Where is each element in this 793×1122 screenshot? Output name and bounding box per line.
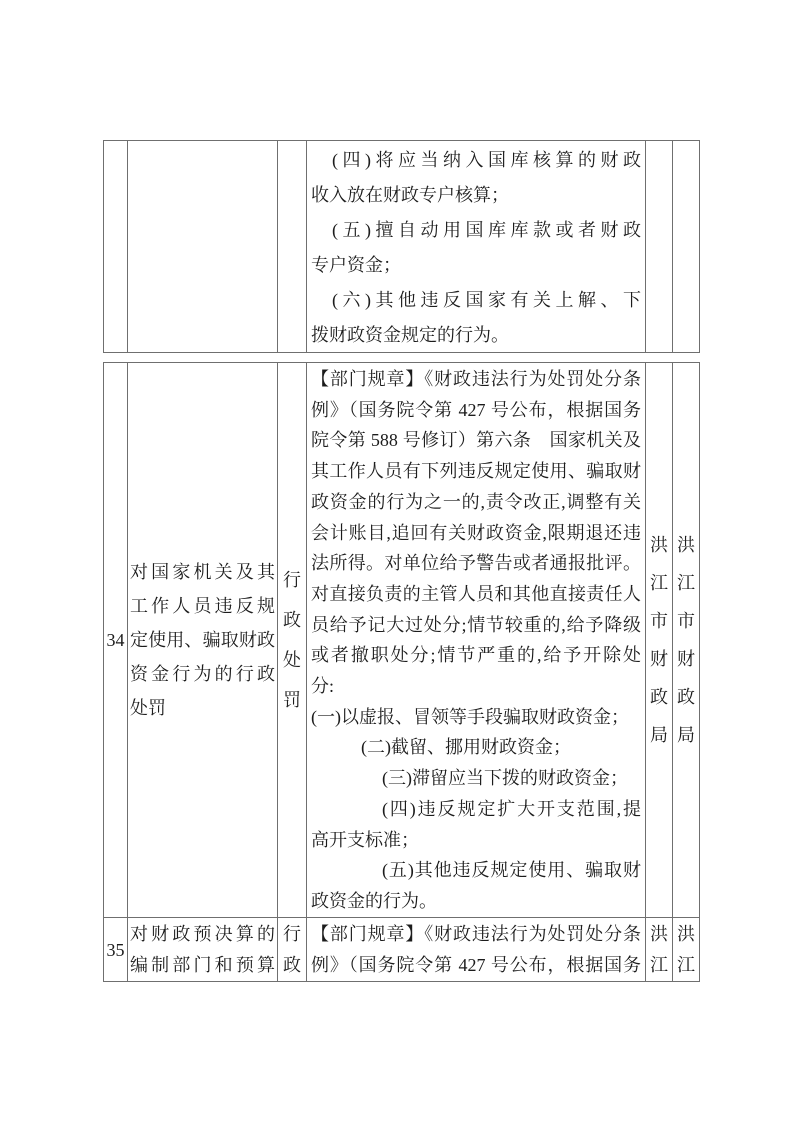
implementing-org-text: 洪江市财政局 bbox=[646, 526, 672, 754]
text-line: 工作人员违反规 bbox=[130, 589, 275, 623]
penalty-type-cell: 行政 bbox=[278, 918, 307, 982]
responsible-org-text: 洪江 bbox=[673, 919, 699, 981]
legal-basis-cell: 【部门规章】《财政违法行为处罚处分条例》（国务院令第 427 号公布，根据国务院… bbox=[307, 363, 646, 917]
implementing-org-cell bbox=[646, 141, 673, 352]
seq-number-cell bbox=[104, 141, 128, 352]
text-line: (一)以虚报、冒领等手段骗取财政资金； bbox=[311, 702, 641, 733]
text-line: 政资金的行为。 bbox=[311, 886, 641, 917]
text-line: (三)滞留应当下拨的财政资金； bbox=[311, 763, 641, 794]
item-name-cell: 对财政预决算的编制部门和预算 bbox=[128, 918, 278, 982]
responsible-org-cell: 洪江市财政局 bbox=[673, 363, 699, 917]
seq-number: 34 bbox=[107, 625, 125, 656]
text-line: 政资金的行为之一的,责令改正,调整有关 bbox=[311, 487, 641, 518]
penalty-type-cell: 行政处罚 bbox=[278, 363, 307, 917]
legal-basis-cell: 【部门规章】《财政违法行为处罚处分条例》（国务院令第 427 号公布，根据国务 bbox=[307, 918, 646, 982]
text-line: 其工作人员有下列违反规定使用、骗取财 bbox=[311, 456, 641, 487]
implementing-org-cell: 洪江市财政局 bbox=[646, 363, 673, 917]
seq-number-cell: 34 bbox=[104, 363, 128, 917]
text-line: (四)违反规定扩大开支范围,提 bbox=[311, 794, 641, 825]
text-line: 资金行为的行政 bbox=[130, 657, 275, 691]
text-line: 法所得。对单位给予警告或者通报批评。 bbox=[311, 548, 641, 579]
item-name-cell bbox=[128, 141, 278, 352]
text-line: 处罚 bbox=[130, 691, 275, 725]
responsible-org-text: 洪江市财政局 bbox=[673, 526, 699, 754]
text-line: (五)擅自动用国库库款或者财政 bbox=[311, 213, 641, 248]
text-line: 【部门规章】《财政违法行为处罚处分条 bbox=[311, 364, 641, 395]
text-line: 收入放在财政专户核算； bbox=[311, 178, 641, 213]
document-page: (四)将应当纳入国库核算的财政收入放在财政专户核算；(五)擅自动用国库库款或者财… bbox=[0, 0, 793, 1122]
text-line: 【部门规章】《财政违法行为处罚处分条 bbox=[311, 919, 641, 950]
table-row-34: 34 对国家机关及其工作人员违反规定使用、骗取财政资金行为的行政处罚 行政处罚 … bbox=[104, 363, 699, 918]
text-line: 员给予记大过处分;情节较重的,给予降级 bbox=[311, 610, 641, 641]
item-name-cell: 对国家机关及其工作人员违反规定使用、骗取财政资金行为的行政处罚 bbox=[128, 363, 278, 917]
text-line: 或者撤职处分;情节严重的,给予开除处 bbox=[311, 640, 641, 671]
penalty-type-cell bbox=[278, 141, 307, 352]
responsible-org-cell bbox=[673, 141, 699, 352]
implementing-org-cell: 洪江 bbox=[646, 918, 673, 982]
text-line: 对直接负责的主管人员和其他直接责任人 bbox=[311, 579, 641, 610]
text-line: (五)其他违反规定使用、骗取财 bbox=[311, 855, 641, 886]
text-line: 会计账目,追回有关财政资金,限期退还违 bbox=[311, 518, 641, 549]
text-line: 拨财政资金规定的行为。 bbox=[311, 318, 641, 352]
implementing-org-text: 洪江 bbox=[646, 919, 672, 981]
text-line: (二)截留、挪用财政资金； bbox=[311, 732, 641, 763]
penalty-type-text: 行政 bbox=[278, 919, 306, 981]
text-line: (六)其他违反国家有关上解、下 bbox=[311, 283, 641, 318]
responsible-org-cell: 洪江 bbox=[673, 918, 699, 982]
table-row-33-continuation: (四)将应当纳入国库核算的财政收入放在财政专户核算；(五)擅自动用国库库款或者财… bbox=[103, 140, 700, 353]
text-line: (四)将应当纳入国库核算的财政 bbox=[311, 143, 641, 178]
seq-number: 35 bbox=[107, 935, 125, 966]
table-main-block: 34 对国家机关及其工作人员违反规定使用、骗取财政资金行为的行政处罚 行政处罚 … bbox=[103, 362, 700, 982]
text-line: 对财政预决算的 bbox=[130, 919, 275, 950]
legal-basis-cell: (四)将应当纳入国库核算的财政收入放在财政专户核算；(五)擅自动用国库库款或者财… bbox=[307, 141, 646, 352]
text-line: 对国家机关及其 bbox=[130, 555, 275, 589]
text-line: 定使用、骗取财政 bbox=[130, 623, 275, 657]
text-line: 分: bbox=[311, 671, 641, 702]
text-line: 专户资金； bbox=[311, 248, 641, 283]
table-row-35: 35 对财政预决算的编制部门和预算 行政 【部门规章】《财政违法行为处罚处分条例… bbox=[104, 918, 699, 982]
text-line: 例》（国务院令第 427 号公布，根据国务 bbox=[311, 395, 641, 426]
seq-number-cell: 35 bbox=[104, 918, 128, 982]
text-line: 编制部门和预算 bbox=[130, 950, 275, 981]
text-line: 高开支标准； bbox=[311, 825, 641, 856]
penalty-type-text: 行政处罚 bbox=[278, 560, 306, 720]
text-line: 例》（国务院令第 427 号公布，根据国务 bbox=[311, 950, 641, 981]
text-line: 院令第 588 号修订）第六条 国家机关及 bbox=[311, 425, 641, 456]
